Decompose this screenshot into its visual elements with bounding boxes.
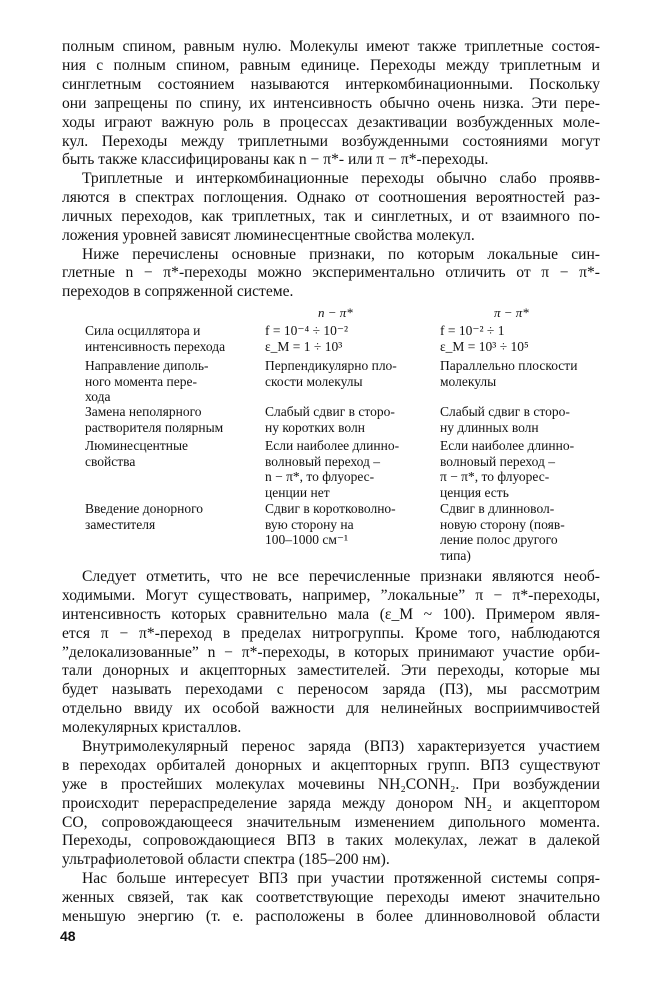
text-line: синглетным состоянием называются интерко… [62,76,600,94]
paragraph-start-line: Внутримолекулярный перенос заряда (ВПЗ) … [82,738,600,756]
table-cell-pi-pi: Сдвиг в длинновол- новую сторону (появ- … [440,501,610,563]
table-row-label: Сила осциллятора и интенсивность переход… [85,323,255,354]
text-line: ультрафиолетовой области спектра (185–20… [62,851,600,869]
table-cell-n-pi: Слабый сдвиг в сторо- ну коротких волн [265,404,435,435]
table-cell-n-pi: Если наиболее длинно- волновый переход –… [265,438,435,500]
book-page: полным спином, равным нулю. Молекулы име… [0,0,662,1000]
text-line: личных переходов, как триплетных, так и … [62,208,600,226]
text-line: глетные n − π*-переходы можно эксперимен… [62,264,600,282]
table-row-label: Направление диполь- ного момента пере- х… [85,358,255,405]
text-line: интенсивность которых сравнительно мала … [62,606,600,624]
paragraph-start-line: Следует отметить, что не все перечисленн… [82,568,600,586]
text-line: ния с полным спином, равным единице. Пер… [62,57,600,75]
text-line: тали донорных и акцепторных заместителей… [62,662,600,680]
text-line: переходов в сопряженной системе. [62,283,600,301]
text-line: ”делокализованные” n − π*-переходы, в ко… [62,644,600,662]
table-cell-n-pi: Сдвиг в коротковолно- вую сторону на 100… [265,501,435,548]
text-line: отдельно ввиду их особой важности для не… [62,700,600,718]
text-line: женных связей, так как соответствующие п… [62,889,600,907]
table-row-label: Введение донорного заместителя [85,501,255,532]
table-header-n-pi: n − π* [318,305,353,321]
text-line: ходимыми. Могут существовать, например, … [62,587,600,605]
text-line: происходит перераспределение заряда межд… [62,795,600,813]
table-cell-n-pi: Перпендикулярно пло- скости молекулы [265,358,435,389]
text-line: в переходах орбиталей донорных и акцепто… [62,757,600,775]
paragraph-start-line: Триплетные и интеркомбинационные переход… [82,170,600,188]
text-line: быть также классифицированы как n − π*- … [62,151,600,169]
text-line: ется π − π*-переход в пределах нитрогруп… [62,625,600,643]
table-header-pi-pi: π − π* [494,305,529,321]
text-line: ложения уровней зависят люминесцентные с… [62,227,600,245]
text-line: Переходы, сопровождающиеся ВПЗ в таких м… [62,832,600,850]
text-line: кул. Переходы между триплетными возбужде… [62,133,600,151]
table-cell-pi-pi: f = 10⁻² ÷ 1 ε_M = 10³ ÷ 10⁵ [440,323,610,354]
page-number: 48 [60,928,76,944]
text-line: меньшую энергию (т. е. расположены в бол… [62,908,600,926]
paragraph-start-line: Ниже перечислены основные признаки, по к… [82,246,600,264]
paragraph-start-line: Нас больше интересует ВПЗ при участии пр… [82,870,600,888]
table-cell-pi-pi: Параллельно плоскости молекулы [440,358,610,389]
text-line: ходы играют важную роль в процессах деза… [62,114,600,132]
text-line: ляются в спектрах поглощения. Однако от … [62,189,600,207]
text-line: они запрещены по спину, их интенсивность… [62,95,600,113]
text-line: молекулярных кристаллов. [62,719,600,737]
text-line: полным спином, равным нулю. Молекулы име… [62,38,600,56]
table-row-label: Замена неполярного растворителя полярным [85,404,255,435]
table-row-label: Люминесцентные свойства [85,438,255,469]
table-cell-pi-pi: Слабый сдвиг в сторо- ну длинных волн [440,404,610,435]
table-cell-pi-pi: Если наиболее длинно- волновый переход –… [440,438,610,500]
text-line: уже в простейших молекулах мочевины NH₂C… [62,776,600,794]
table-cell-n-pi: f = 10⁻⁴ ÷ 10⁻² ε_M = 1 ÷ 10³ [265,323,435,354]
text-line: будет называть переходами с переносом за… [62,681,600,699]
text-line: CO, сопровождающееся значительным измене… [62,814,600,832]
